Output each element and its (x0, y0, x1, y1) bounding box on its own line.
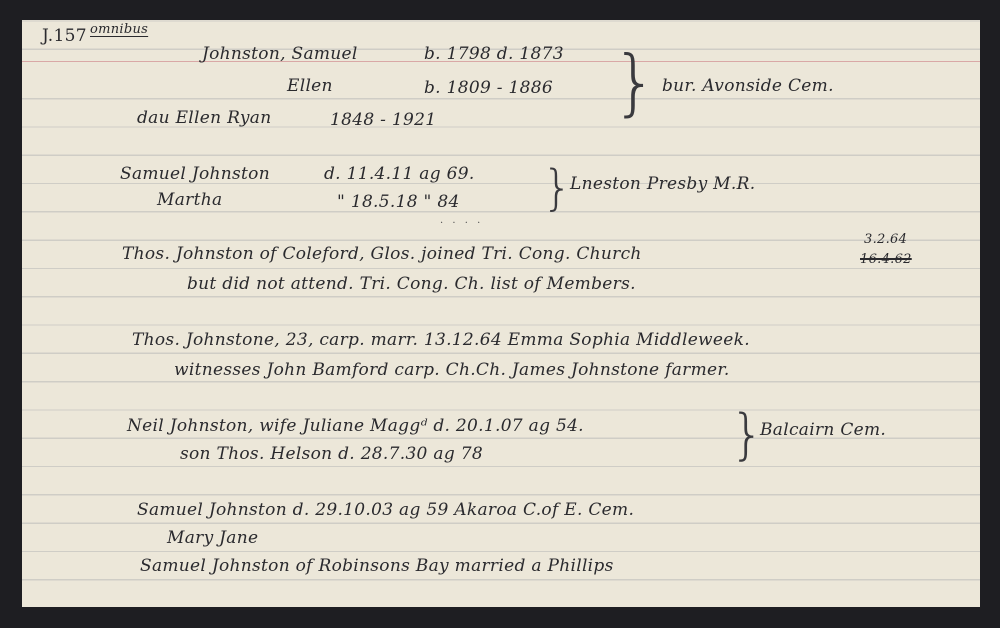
entry-dates: " 18.5.18 " 84 (337, 192, 460, 212)
burial-place: Lneston Presby M.R. (570, 174, 755, 194)
entry-dates: d. 11.4.11 ag 69. (324, 164, 475, 184)
entry-text: witnesses John Bamford carp. Ch.Ch. Jame… (174, 360, 730, 380)
entry-dates: 1848 - 1921 (330, 110, 436, 130)
marks: · · · · (440, 218, 483, 229)
burial-place: bur. Avonside Cem. (662, 76, 834, 96)
entry-text: Thos. Johnston of Coleford, Glos. joined… (122, 244, 642, 264)
entry-text: Neil Johnston, wife Juliane Maggᵈ d. 20.… (127, 416, 584, 436)
burial-place: Balcairn Cem. (760, 420, 886, 440)
card-reference: J.157 (42, 26, 87, 46)
entry-text: Mary Jane (167, 528, 258, 548)
entry-text: son Thos. Helson d. 28.7.30 ag 78 (180, 444, 483, 464)
brace-icon: } (612, 42, 658, 122)
entry-dates: b. 1798 d. 1873 (424, 44, 564, 64)
entry-name: dau Ellen Ryan (137, 108, 271, 128)
entry-text: Thos. Johnstone, 23, carp. marr. 13.12.6… (132, 330, 750, 350)
entry-name: Samuel Johnston (120, 164, 270, 184)
entry-text: Samuel Johnston of Robinsons Bay married… (140, 556, 614, 576)
card-category: omnibus (90, 22, 148, 37)
entry-name: Ellen (287, 76, 333, 96)
index-card: J.157 omnibus Johnston, Samuel b. 1798 d… (22, 20, 980, 607)
entry-name: Martha (157, 190, 222, 210)
brace-icon: } (542, 162, 573, 214)
corrected-date: 3.2.64 (864, 232, 907, 247)
entry-text: Samuel Johnston d. 29.10.03 ag 59 Akaroa… (137, 500, 634, 520)
struck-date: 16.4.62 (860, 252, 912, 267)
entry-text: but did not attend. Tri. Cong. Ch. list … (187, 274, 636, 294)
entry-dates: b. 1809 - 1886 (424, 78, 553, 98)
entry-name: Johnston, Samuel (202, 44, 358, 64)
